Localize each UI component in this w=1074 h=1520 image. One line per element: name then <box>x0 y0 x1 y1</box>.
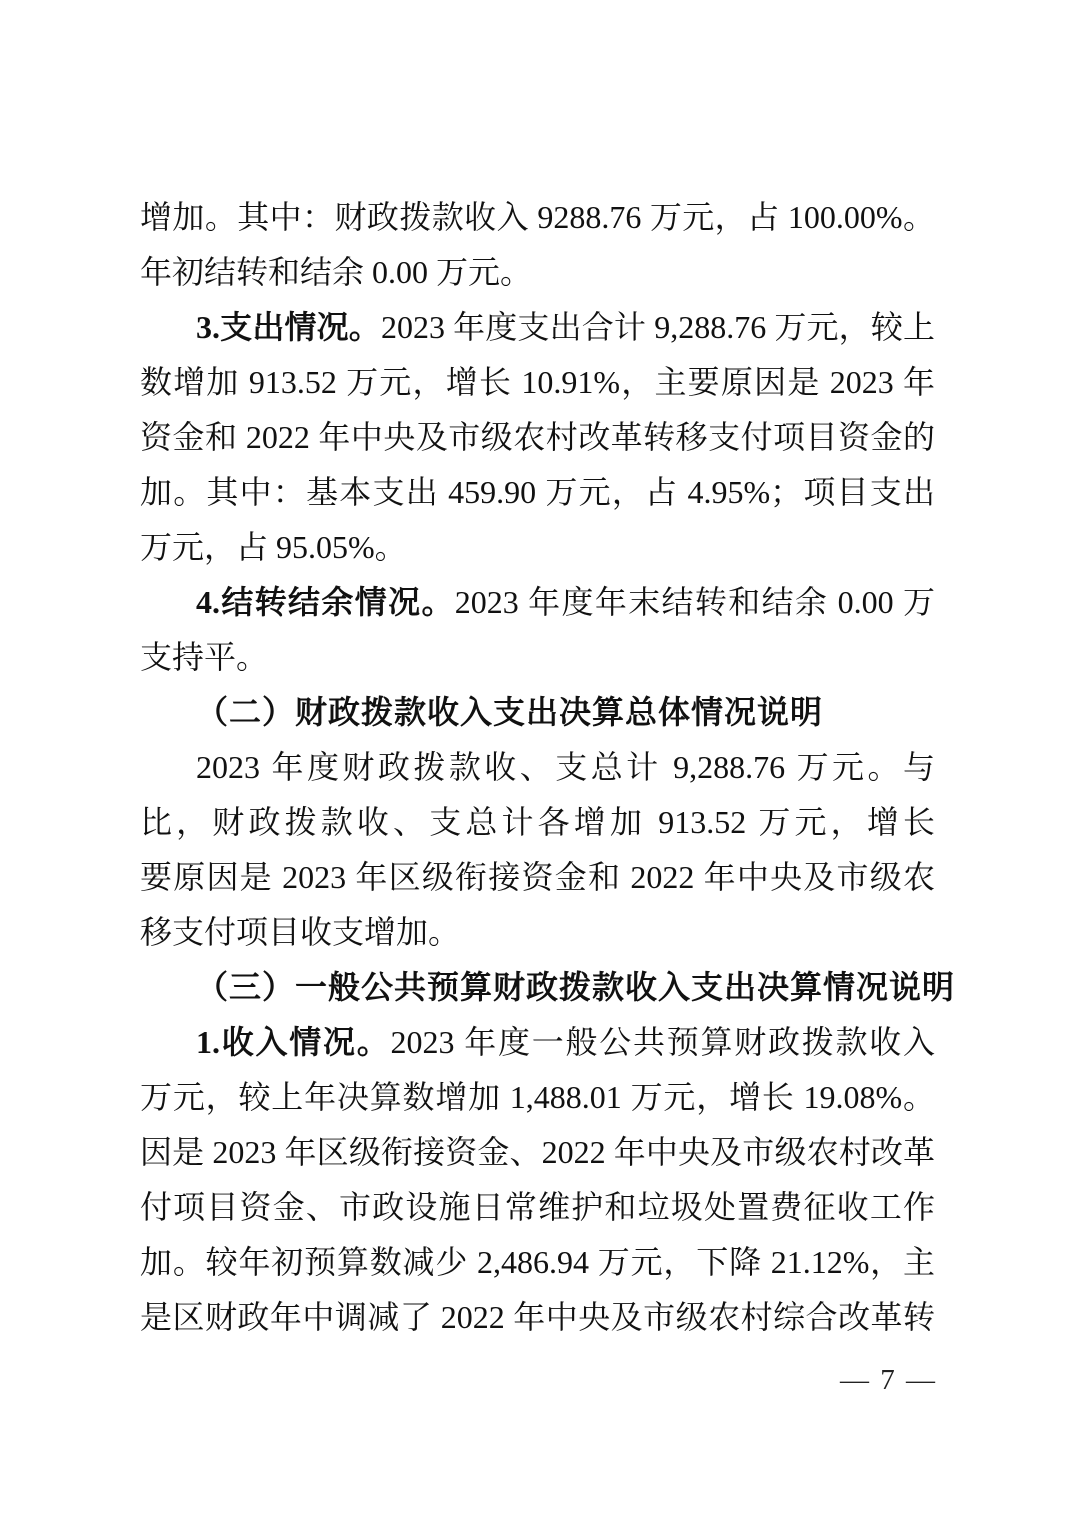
text-segment: 年初结转和结余 0.00 万元。 <box>140 254 532 290</box>
text-segment: 要原因是 2023 年区级衔接资金和 2022 年中央及市级农村改革转 <box>140 859 935 905</box>
document-page: 增加。其中：财政拨款收入 9288.76 万元，占 100.00%。此外，年初结… <box>0 0 1074 1520</box>
heading-line: （二）财政拨款收入支出决算总体情况说明 <box>140 685 935 740</box>
text-segment: 移支付项目收支增加。 <box>140 914 460 950</box>
text-line: 数增加 913.52 万元，增长 10.91%，主要原因是 2023 年区级衔接 <box>140 355 935 410</box>
text-line: 3.支出情况。2023 年度支出合计 9,288.76 万元，较上年决算 <box>140 300 935 355</box>
document-body: 增加。其中：财政拨款收入 9288.76 万元，占 100.00%。此外，年初结… <box>140 190 935 1345</box>
text-line: 万元，较上年决算数增加 1,488.01 万元，增长 19.08%。主要原 <box>140 1070 935 1125</box>
text-segment: 比，财政拨款收、支总计各增加 913.52 万元，增长 10.91%。主 <box>140 804 935 850</box>
text-line: 是区财政年中调减了 2022 年中央及市级农村综合改革转移支付 <box>140 1290 935 1345</box>
text-segment: 增加。其中：财政拨款收入 9288.76 万元，占 100.00%。此外， <box>140 199 935 245</box>
text-line: 年初结转和结余 0.00 万元。 <box>140 245 935 300</box>
text-segment: 资金和 2022 年中央及市级农村改革转移支付项目资金的支出增 <box>140 419 935 465</box>
text-segment: 2023 年度财政拨款收、支总计 9,288.76 万元。与 2022 年相 <box>140 749 935 795</box>
text-line: 资金和 2022 年中央及市级农村改革转移支付项目资金的支出增 <box>140 410 935 465</box>
bold-text-segment: （二）财政拨款收入支出决算总体情况说明 <box>196 694 823 730</box>
text-line: 支持平。 <box>140 630 935 685</box>
text-line: 4.结转结余情况。2023 年度年末结转和结余 0.00 万元，收 <box>140 575 935 630</box>
text-line: 移支付项目收支增加。 <box>140 905 935 960</box>
text-segment: 支持平。 <box>140 639 268 675</box>
text-line: 加。较年初预算数减少 2,486.94 万元，下降 21.12%，主要原因 <box>140 1235 935 1290</box>
bold-text-segment: 3.支出情况。 <box>196 309 381 345</box>
text-segment: 万元，占 95.05%。 <box>140 529 407 565</box>
text-segment: 加。较年初预算数减少 2,486.94 万元，下降 21.12%，主要原因 <box>140 1244 935 1290</box>
heading-line: （三）一般公共预算财政拨款收入支出决算情况说明 <box>140 960 935 1015</box>
text-segment: 因是 2023 年区级衔接资金、2022 年中央及市级农村改革转移支 <box>140 1134 935 1180</box>
text-line: 因是 2023 年区级衔接资金、2022 年中央及市级农村改革转移支 <box>140 1125 935 1180</box>
text-segment: 付项目资金、市政设施日常维护和垃圾处置费征收工作经费增 <box>140 1189 935 1235</box>
text-line: 增加。其中：财政拨款收入 9288.76 万元，占 100.00%。此外， <box>140 190 935 245</box>
text-line: 要原因是 2023 年区级衔接资金和 2022 年中央及市级农村改革转 <box>140 850 935 905</box>
text-line: 加。其中：基本支出 459.90 万元，占 4.95%；项目支出 8828.86 <box>140 465 935 520</box>
text-segment: 万元，较上年决算数增加 1,488.01 万元，增长 19.08%。主要原 <box>140 1079 935 1125</box>
bold-text-segment: （三）一般公共预算财政拨款收入支出决算情况说明 <box>196 969 955 1005</box>
text-line: 付项目资金、市政设施日常维护和垃圾处置费征收工作经费增 <box>140 1180 935 1235</box>
page-number: — 7 — <box>840 1360 937 1400</box>
bold-text-segment: 1.收入情况。 <box>196 1024 391 1060</box>
text-line: 2023 年度财政拨款收、支总计 9,288.76 万元。与 2022 年相 <box>140 740 935 795</box>
text-segment: 是区财政年中调减了 2022 年中央及市级农村综合改革转移支付 <box>140 1299 935 1345</box>
text-segment: 加。其中：基本支出 459.90 万元，占 4.95%；项目支出 8828.86 <box>140 474 935 520</box>
text-line: 万元，占 95.05%。 <box>140 520 935 575</box>
text-line: 比，财政拨款收、支总计各增加 913.52 万元，增长 10.91%。主 <box>140 795 935 850</box>
text-line: 1.收入情况。2023 年度一般公共预算财政拨款收入 9,288.76 <box>140 1015 935 1070</box>
bold-text-segment: 4.结转结余情况。 <box>196 584 455 620</box>
text-segment: 数增加 913.52 万元，增长 10.91%，主要原因是 2023 年区级衔接 <box>140 364 935 410</box>
